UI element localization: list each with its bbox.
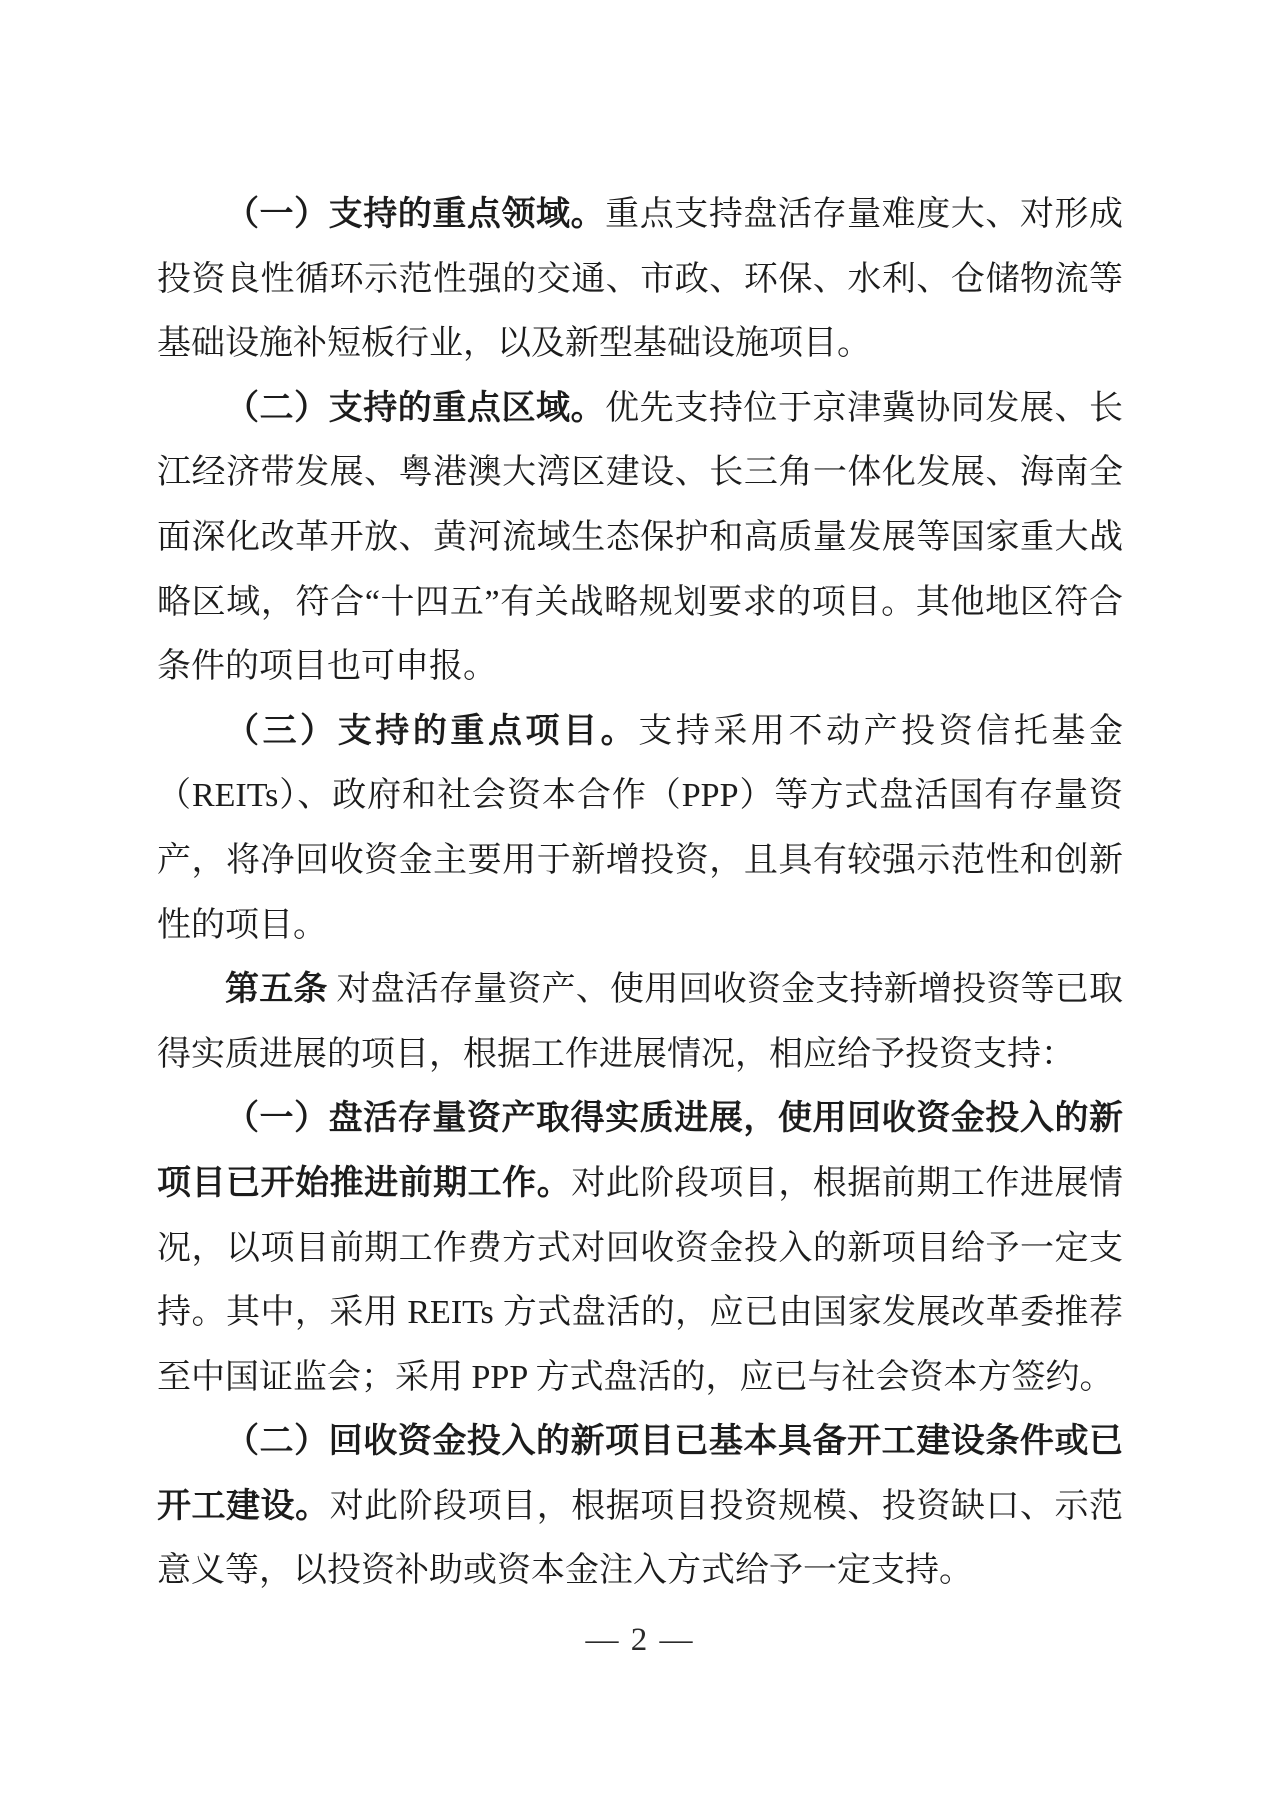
document-body: （一）支持的重点领域。重点支持盘活存量难度大、对形成投资良性循环示范性强的交通、…: [157, 183, 1123, 1604]
bold-text-run: （二）支持的重点区域。: [225, 390, 605, 427]
bold-text-run: （三）支持的重点项目。: [225, 713, 638, 750]
text-run: 优先支持位于京津冀协同发展、长江经济带发展、粤港澳大湾区建设、长三角一体化发展、…: [157, 390, 1123, 685]
document-page: （一）支持的重点领域。重点支持盘活存量难度大、对形成投资良性循环示范性强的交通、…: [0, 0, 1280, 1810]
page-number: — 2 —: [0, 1622, 1280, 1659]
bold-text-run: （一）支持的重点领域。: [225, 196, 605, 233]
paragraph-6: （二）回收资金投入的新项目已基本具备开工建设条件或已开工建设。对此阶段项目，根据…: [157, 1410, 1123, 1604]
paragraph-4: 第五条 对盘活存量资产、使用回收资金支持新增投资等已取得实质进展的项目，根据工作…: [157, 958, 1123, 1087]
paragraph-2: （二）支持的重点区域。优先支持位于京津冀协同发展、长江经济带发展、粤港澳大湾区建…: [157, 377, 1123, 700]
paragraph-3: （三）支持的重点项目。支持采用不动产投资信托基金（REITs）、政府和社会资本合…: [157, 700, 1123, 958]
paragraph-1: （一）支持的重点领域。重点支持盘活存量难度大、对形成投资良性循环示范性强的交通、…: [157, 183, 1123, 377]
bold-text-run: 第五条: [225, 971, 328, 1008]
paragraph-5: （一）盘活存量资产取得实质进展，使用回收资金投入的新项目已开始推进前期工作。对此…: [157, 1087, 1123, 1410]
